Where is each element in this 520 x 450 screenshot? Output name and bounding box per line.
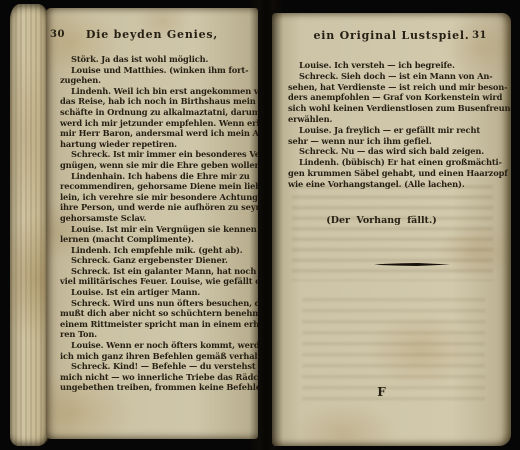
text-line: Louise. Ich versteh — ich begreife.: [288, 60, 482, 71]
text-line: Schreck. Ist mir immer ein besonderes Ve…: [60, 149, 256, 160]
left-running-title: Die beyden Genies,: [60, 28, 244, 41]
text-line: sehr — wenn nur ich ihm gefiel.: [288, 136, 482, 147]
right-running-head: ein Original Lustspiel. 31: [272, 29, 511, 43]
text-line: hartung wieder repetiren.: [60, 139, 256, 150]
tapered-end-rule: [374, 263, 450, 266]
right-text-block: Louise. Ich versteh — ich begreife.Schre…: [288, 60, 482, 190]
text-line: wie eine Vorhangstangel. (Alle lachen).: [288, 179, 482, 190]
text-line: gen krummen Säbel gehabt, und einen Haar…: [288, 168, 482, 179]
text-line: einem Rittmeister spricht man in einem e…: [60, 319, 256, 330]
text-line: zugehen.: [60, 75, 256, 86]
text-line: recommendiren, gehorsame Diene mein lieb…: [60, 181, 256, 192]
text-line: ren Ton.: [60, 329, 256, 340]
text-line: das Reise, hab ich noch in Birthshaus me…: [60, 96, 256, 107]
right-page-number: 31: [472, 30, 487, 41]
text-line: gehorsamste Sclav.: [60, 213, 256, 224]
text-line: Schreck. Kind! — Befehle — du verstehst: [60, 361, 256, 372]
text-line: Lindenhain. Ich habens die Ehre mir zu: [60, 171, 256, 182]
text-line: ders anempfohlen — Graf von Korkenstein …: [288, 92, 482, 103]
text-line: Störk. Ja das ist wohl möglich.: [60, 54, 256, 65]
text-line: Schreck. Wird uns nun öfters besuchen, d…: [60, 298, 256, 309]
text-line: mir Herr Baron, andersmal werd ich mein …: [60, 128, 256, 139]
right-running-title: ein Original Lustspiel.: [286, 29, 497, 42]
text-line: lernen (macht Complimente).: [60, 234, 256, 245]
left-text-block: Störk. Ja das ist wohl möglich.Louise un…: [60, 54, 256, 393]
text-line: Louise. Ist ein artiger Mann.: [60, 287, 256, 298]
text-line: lein, ich verehre sie mir besondere Acht…: [60, 192, 256, 203]
text-line: Schreck. Ganz ergebenster Diener.: [60, 255, 256, 266]
text-line: ich mich ganz ihren Befehlen gemäß verha…: [60, 351, 256, 362]
text-line: Schreck. Nu — das wird sich bald zeigen.: [288, 146, 482, 157]
book-spread-photo: 30 Die beyden Genies, Störk. Ja das ist …: [0, 0, 520, 450]
left-running-head: 30 Die beyden Genies,: [46, 28, 258, 42]
text-line: Louise. Ja freylich — er gefällt mir rec…: [288, 125, 482, 136]
text-line: ungebethen treiben, frommen keine Befehl…: [60, 382, 256, 393]
text-line: Louise. Wenn er noch öfters kommt, werd': [60, 340, 256, 351]
right-page: ein Original Lustspiel. 31 Louise. Ich v…: [272, 13, 511, 446]
text-line: mußt dich aber nicht so schüchtern beneh…: [60, 308, 256, 319]
text-line: erwählen.: [288, 114, 482, 125]
text-line: Schreck. Sieh doch — ist ein Mann von An…: [288, 71, 482, 82]
text-line: sich wohl keinen Verdienstlosen zum Buse…: [288, 103, 482, 114]
text-line: gnügen, wenn sie mir die Ehre geben woll…: [60, 160, 256, 171]
text-line: Lindenh. Ich empfehle mik. (geht ab).: [60, 245, 256, 256]
text-line: schäfte in Ordnung zu alkalmaztatni, dar…: [60, 107, 256, 118]
text-line: sehen, hat Verdienste — ist reich und mi…: [288, 82, 482, 93]
stage-direction: (Der Vorhang fällt.): [272, 215, 491, 226]
text-line: Louise und Matthies. (winken ihm fort-: [60, 65, 256, 76]
page-stack-fore-edge: [10, 4, 50, 446]
text-line: Lindenh. (bübisch) Er hat einen großmäch…: [288, 157, 482, 168]
bleedthrough-text: [292, 185, 493, 281]
text-line: mich nicht — wo innerliche Triebe das Rä…: [60, 372, 256, 383]
text-line: Louise. Ist mir ein Vergnügen sie kennen…: [60, 224, 256, 235]
signature-mark: F: [272, 385, 491, 399]
text-line: Lindenh. Weil ich bin erst angekommen vo…: [60, 86, 256, 97]
gutter-shadow: [249, 0, 283, 450]
text-line: Schreck. Ist ein galanter Mann, hat noch: [60, 266, 256, 277]
text-line: viel militärisches Feuer. Louise, wie ge…: [60, 276, 256, 287]
text-line: ihre Person, und werde nie aufhören zu s…: [60, 202, 256, 213]
left-page: 30 Die beyden Genies, Störk. Ja das ist …: [46, 8, 258, 439]
text-line: werd ich mir jetzunder empfehlen. Wenn e…: [60, 118, 256, 129]
